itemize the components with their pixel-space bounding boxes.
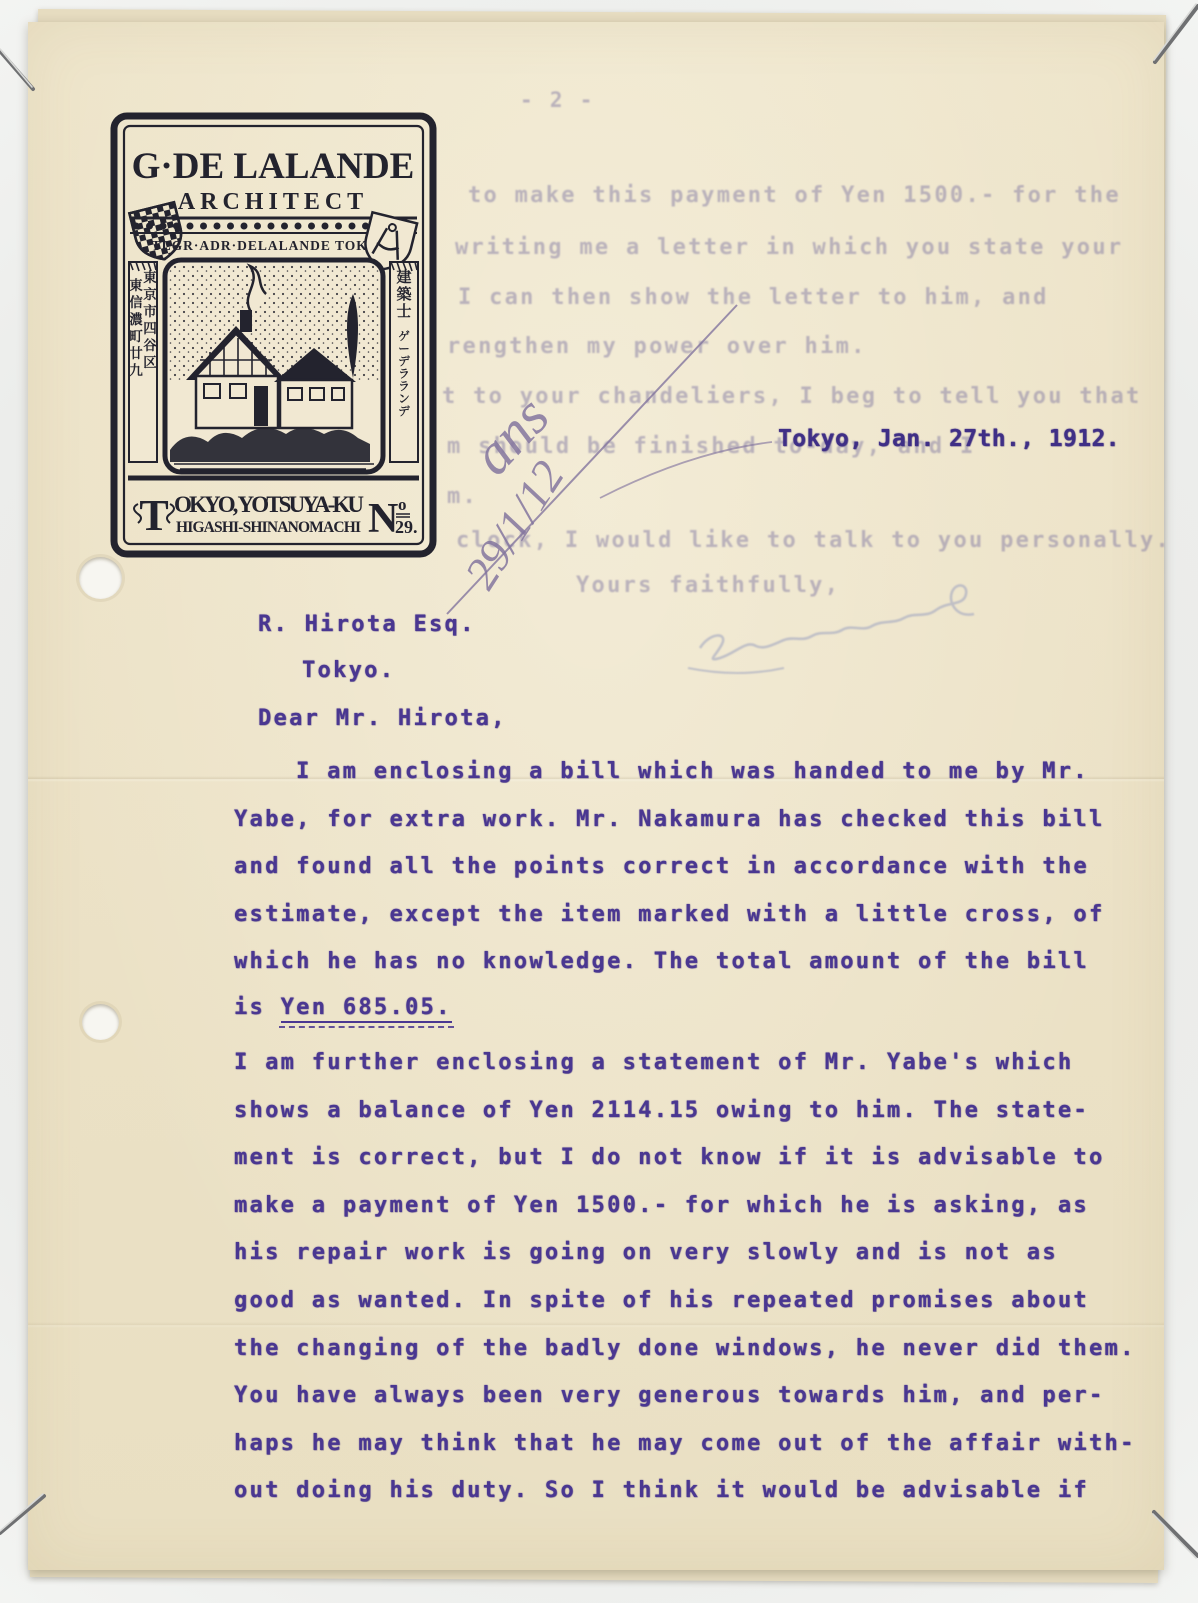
bleedthrough-line: to make this payment of Yen 1500.- for t…: [468, 183, 1121, 208]
letterhead-address-band: T OKYO, YOTSUYA-KU HIGASHI-SHINANOMACHI …: [134, 491, 418, 542]
bleedthrough-line: writing me a letter in which you state y…: [455, 235, 1123, 260]
svg-text:o: o: [398, 495, 407, 514]
letterhead-city-initial: T: [139, 491, 168, 540]
typed-line: Yabe, for extra work. Mr. Nakamura has c…: [234, 805, 1105, 853]
typed-line: ment is correct, but I do not know if it…: [234, 1143, 1136, 1191]
paragraph-1: I am enclosing a bill which was handed t…: [234, 757, 1105, 995]
typed-line: estimate, except the item marked with a …: [234, 900, 1105, 948]
bleedthrough-page-number: - 2 -: [520, 88, 595, 112]
bleedthrough-line: clock, I would like to talk to you perso…: [456, 528, 1171, 553]
dateline: Tokyo, Jan. 27th., 1912.: [778, 426, 1120, 452]
photographed-letter-scene: - 2 - to make this payment of Yen 1500.-…: [0, 0, 1198, 1603]
letterhead-stamp: G·DE LALANDE ARCHITECT TLGR·ADR·DELALAND…: [110, 112, 437, 558]
letterhead-number: N o 29.: [368, 495, 418, 542]
punch-hole: [82, 1004, 119, 1040]
recipient-city: Tokyo.: [302, 658, 395, 683]
letterhead-role: ARCHITECT: [178, 189, 368, 215]
house-illustration: [164, 260, 384, 472]
punch-hole: [79, 557, 122, 599]
bleedthrough-line: m.: [447, 484, 478, 509]
salutation: Dear Mr. Hirota,: [258, 706, 507, 731]
bleedthrough-closing: Yours faithfully,: [576, 573, 840, 598]
typed-line: You have always been very generous towar…: [234, 1381, 1136, 1429]
letterhead-jp-name: ゲーデラランデ: [398, 330, 410, 418]
bleedthrough-line: rengthen my power over him.: [447, 334, 867, 359]
typed-line: which he has no knowledge. The total amo…: [234, 947, 1105, 995]
typed-line: good as wanted. In spite of his repeated…: [234, 1286, 1136, 1334]
letterhead-city: OKYO, YOTSUYA-KU: [174, 492, 364, 517]
amount-value: Yen 685.05.: [281, 995, 452, 1023]
typed-line: and found all the points correct in acco…: [234, 852, 1105, 900]
letterhead-street: HIGASHI-SHINANOMACHI: [176, 519, 362, 536]
bleedthrough-line: t to your chandeliers, I beg to tell you…: [442, 384, 1142, 409]
typed-line: shows a balance of Yen 2114.15 owing to …: [234, 1096, 1136, 1144]
svg-text:N: N: [368, 496, 398, 542]
typed-line: the changing of the badly done windows, …: [234, 1334, 1136, 1382]
recipient-name: R. Hirota Esq.: [258, 612, 476, 637]
typed-line: his repair work is going on very slowly …: [234, 1238, 1136, 1286]
typed-line: haps he may think that he may come out o…: [234, 1429, 1136, 1477]
typed-line: out doing his duty. So I think it would …: [234, 1476, 1136, 1524]
bleedthrough-line: I can then show the letter to him, and: [458, 285, 1049, 310]
typed-line: I am further enclosing a statement of Mr…: [234, 1048, 1136, 1096]
svg-text:29.: 29.: [395, 517, 418, 537]
letterhead-telegraph: TLGR·ADR·DELALANDE TOKYO.: [152, 238, 395, 253]
typed-line: I am enclosing a bill which was handed t…: [234, 757, 1105, 805]
letterhead-name: G·DE LALANDE: [132, 146, 415, 187]
paragraph-2: I am further enclosing a statement of Mr…: [234, 1048, 1136, 1524]
amount-prefix: is: [234, 995, 281, 1020]
amount-line: is Yen 685.05.: [234, 995, 452, 1020]
letterhead-jp-title: 建築士: [396, 269, 411, 320]
typed-line: make a payment of Yen 1500.- for which h…: [234, 1191, 1136, 1239]
letter-paper: - 2 - to make this payment of Yen 1500.-…: [28, 22, 1164, 1570]
